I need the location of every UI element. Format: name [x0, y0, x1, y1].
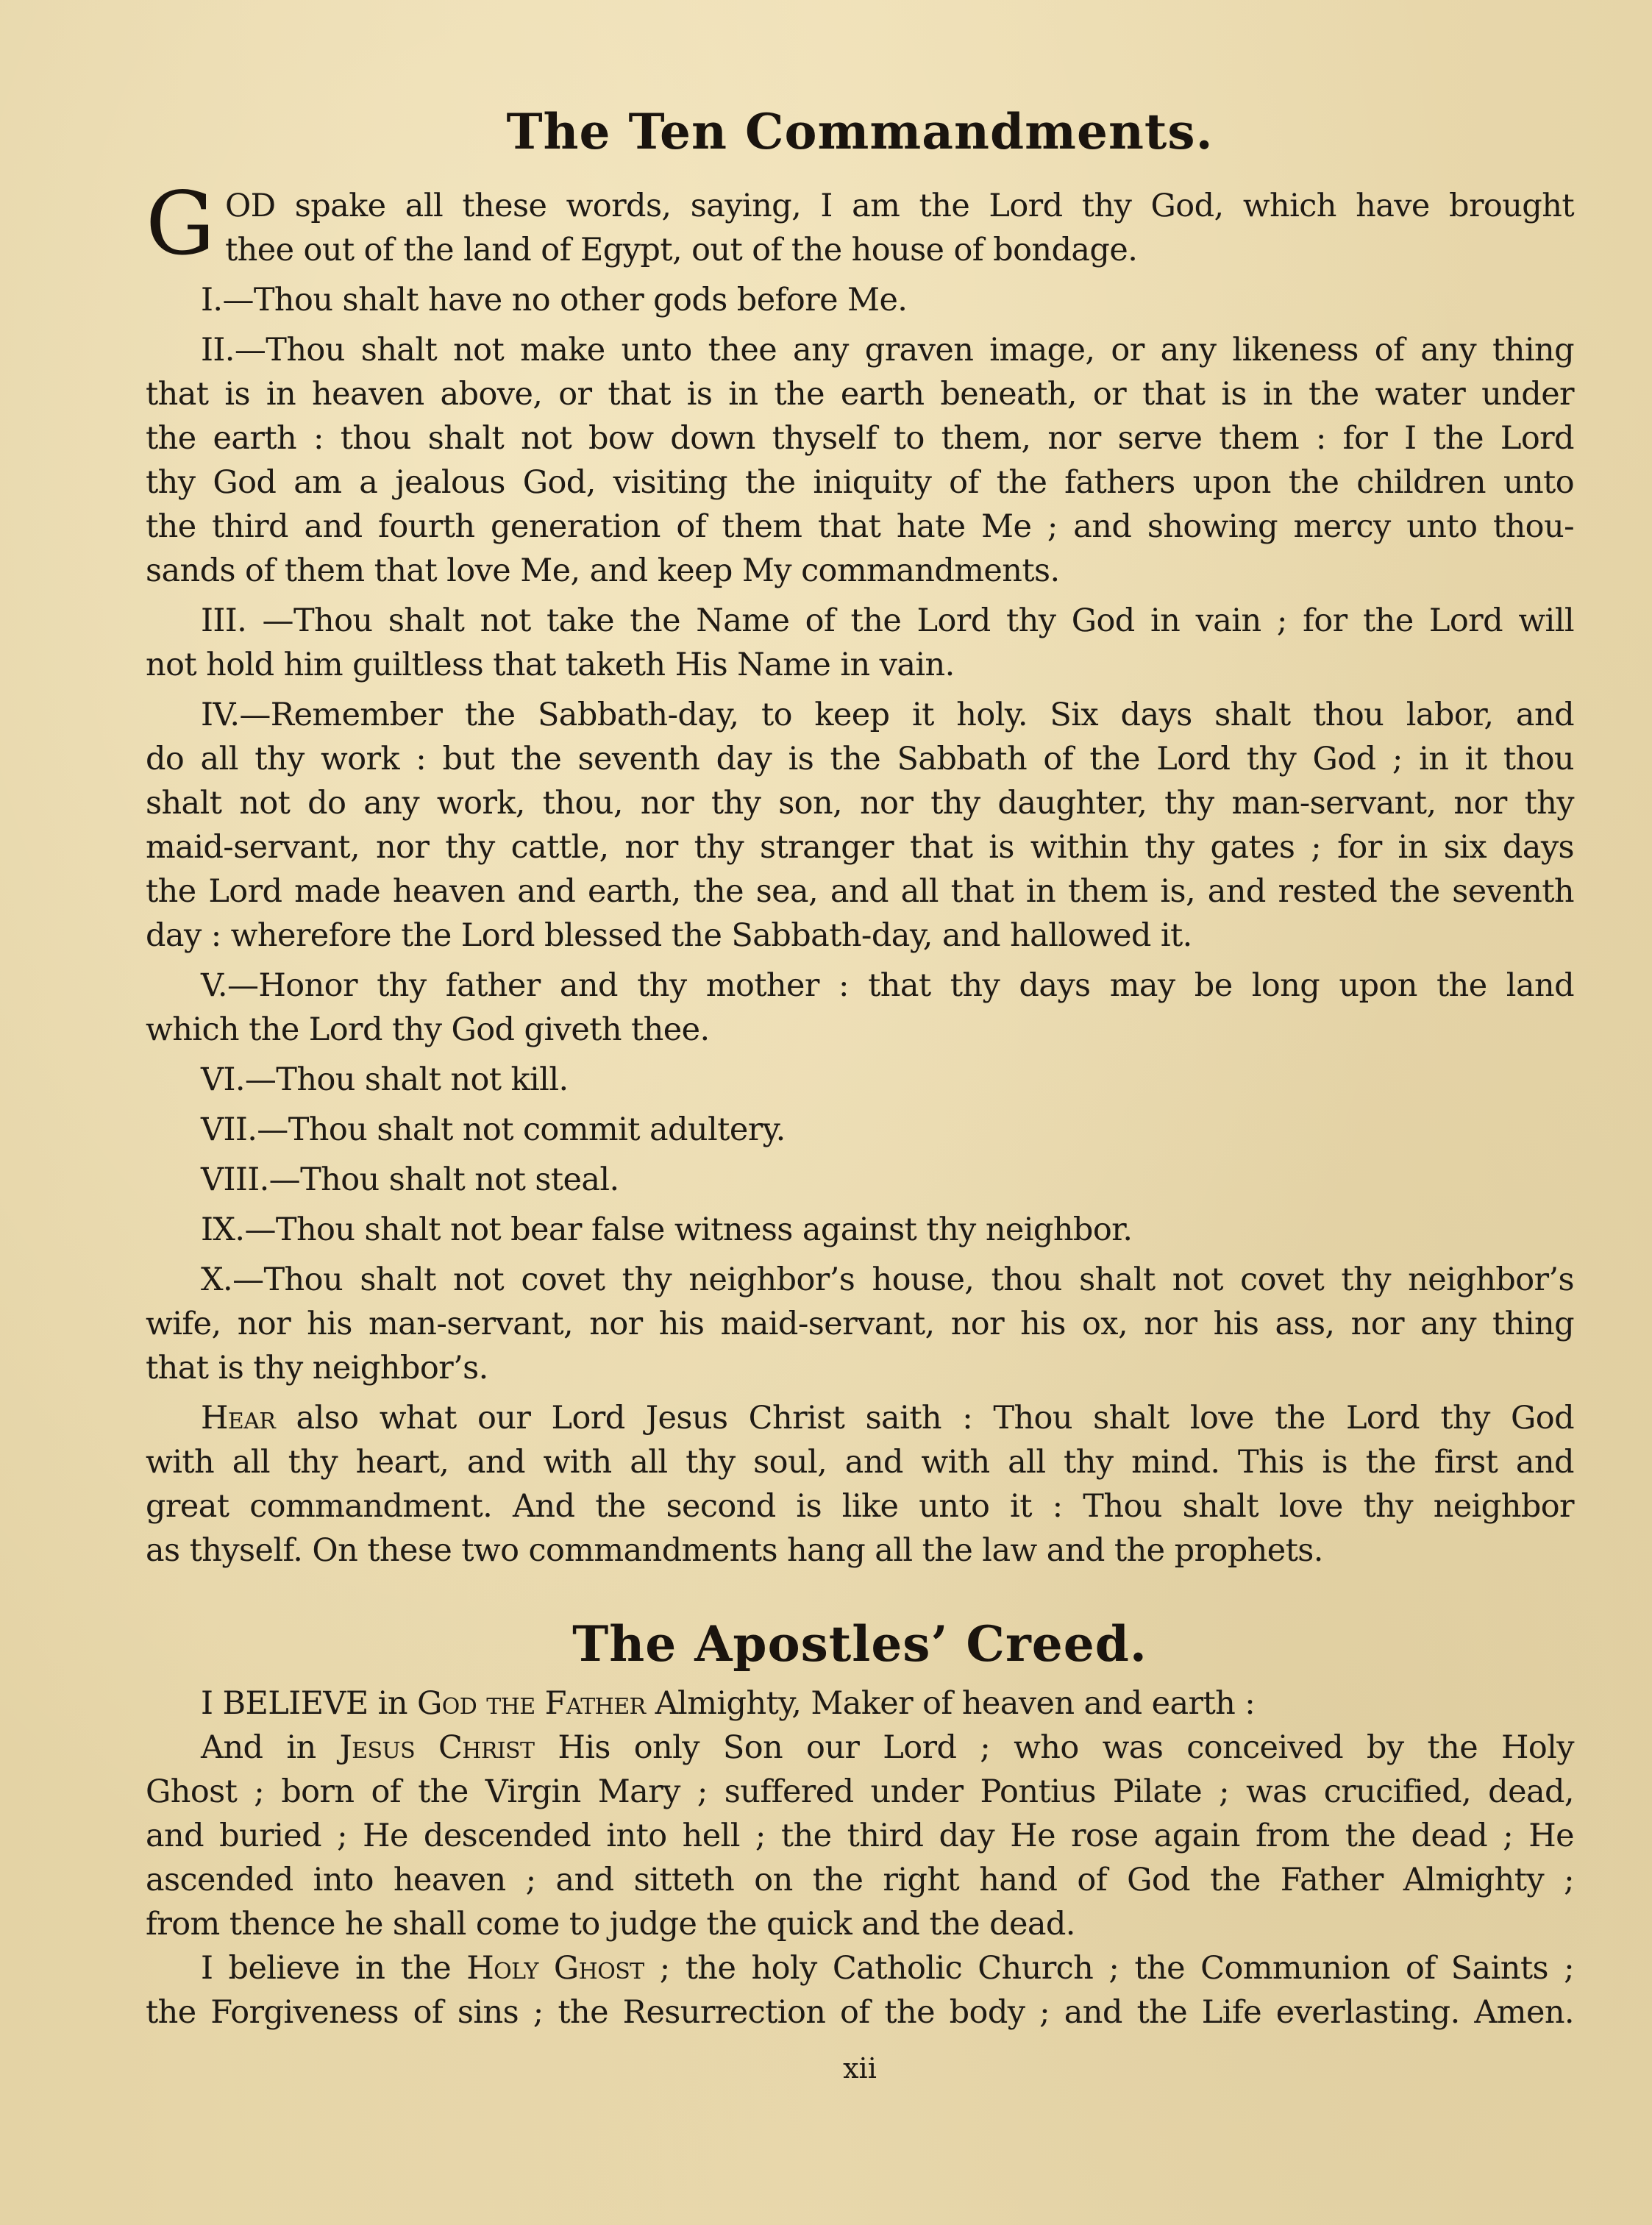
text-line: day : wherefore the Lord blessed the Sab…: [146, 914, 1574, 958]
commandment-1: I.—Thou shalt have no other gods before …: [201, 278, 1574, 322]
commandment-7: VII.—Thou shalt not commit adultery.: [201, 1108, 1574, 1152]
text-line: great commandment. And the second is lik…: [146, 1484, 1574, 1528]
small-caps-lead: Hear: [201, 1400, 275, 1437]
text-line: that is in heaven above, or that is in t…: [146, 372, 1574, 416]
great-commandment: Hear also what our Lord Jesus Christ sai…: [201, 1396, 1574, 1440]
apostles-creed-title: The Apostles’ Creed.: [146, 1615, 1574, 1673]
text-line: do all thy work : but the seventh day is…: [146, 737, 1574, 781]
text-line: OD spake all these words, saying, I am t…: [225, 184, 1574, 228]
text-span: also what our Lord Jesus Christ saith : …: [275, 1400, 1574, 1437]
commandment-5: V.—Honor thy father and thy mother : tha…: [201, 964, 1574, 1008]
commandment-2: II.—Thou shalt not make unto thee any gr…: [201, 328, 1574, 372]
text-line: ascended into heaven ; and sitteth on th…: [146, 1858, 1574, 1902]
small-caps-text: God the Father: [417, 1685, 646, 1722]
text-line: sands of them that love Me, and keep My …: [146, 549, 1574, 593]
text-line: the earth : thou shalt not bow down thys…: [146, 416, 1574, 460]
creed-line: I BELIEVE in God the Father Almighty, Ma…: [201, 1681, 1574, 1726]
small-caps-text: Jesus Christ: [340, 1729, 535, 1766]
commandment-8: VIII.—Thou shalt not steal.: [201, 1158, 1574, 1202]
text-line: the Lord made heaven and earth, the sea,…: [146, 869, 1574, 914]
text-line: thy God am a jealous God, visiting the i…: [146, 460, 1574, 505]
commandment-4: IV.—Remember the Sabbath-day, to keep it…: [201, 693, 1574, 737]
text-line: from thence he shall come to judge the q…: [146, 1902, 1574, 1946]
page-number: xii: [146, 2052, 1574, 2085]
text-line: which the Lord thy God giveth thee.: [146, 1008, 1574, 1052]
drop-cap: G: [146, 180, 215, 267]
text-line: the Forgiveness of sins ; the Resurrecti…: [146, 1990, 1574, 2034]
text-line: thee out of the land of Egypt, out of th…: [225, 228, 1574, 272]
text-line: Ghost ; born of the Virgin Mary ; suffer…: [146, 1770, 1574, 1814]
text-line: the third and fourth generation of them …: [146, 505, 1574, 549]
text-span: I BELIEVE in: [201, 1685, 417, 1722]
text-line: as thyself. On these two commandments ha…: [146, 1528, 1574, 1573]
creed-line: And in Jesus Christ His only Son our Lor…: [201, 1726, 1574, 1770]
creed-line: I believe in the Holy Ghost ; the holy C…: [201, 1946, 1574, 1990]
text-span: His only Son our Lord ; who was conceive…: [534, 1729, 1574, 1766]
ten-commandments-title: The Ten Commandments.: [146, 103, 1574, 160]
text-span: And in: [201, 1729, 340, 1766]
commandment-6: VI.—Thou shalt not kill.: [201, 1058, 1574, 1102]
text-line: and buried ; He descended into hell ; th…: [146, 1814, 1574, 1858]
text-line: not hold him guiltless that taketh His N…: [146, 643, 1574, 687]
text-line: shalt not do any work, thou, nor thy son…: [146, 781, 1574, 825]
text-line: that is thy neighbor’s.: [146, 1346, 1574, 1390]
commandment-10: X.—Thou shalt not covet thy neighbor’s h…: [201, 1258, 1574, 1302]
text-span: ; the holy Catholic Church ; the Communi…: [644, 1950, 1574, 1987]
commandment-9: IX.—Thou shalt not bear false witness ag…: [201, 1208, 1574, 1252]
text-line: with all thy heart, and with all thy sou…: [146, 1440, 1574, 1484]
commandment-3: III. —Thou shalt not take the Name of th…: [201, 599, 1574, 643]
text-line: maid-servant, nor thy cattle, nor thy st…: [146, 825, 1574, 869]
text-span: I believe in the: [201, 1950, 466, 1987]
text-span: Almighty, Maker of heaven and earth :: [646, 1685, 1256, 1722]
small-caps-text: Holy Ghost: [466, 1950, 644, 1987]
text-line: wife, nor his man-servant, nor his maid-…: [146, 1302, 1574, 1346]
